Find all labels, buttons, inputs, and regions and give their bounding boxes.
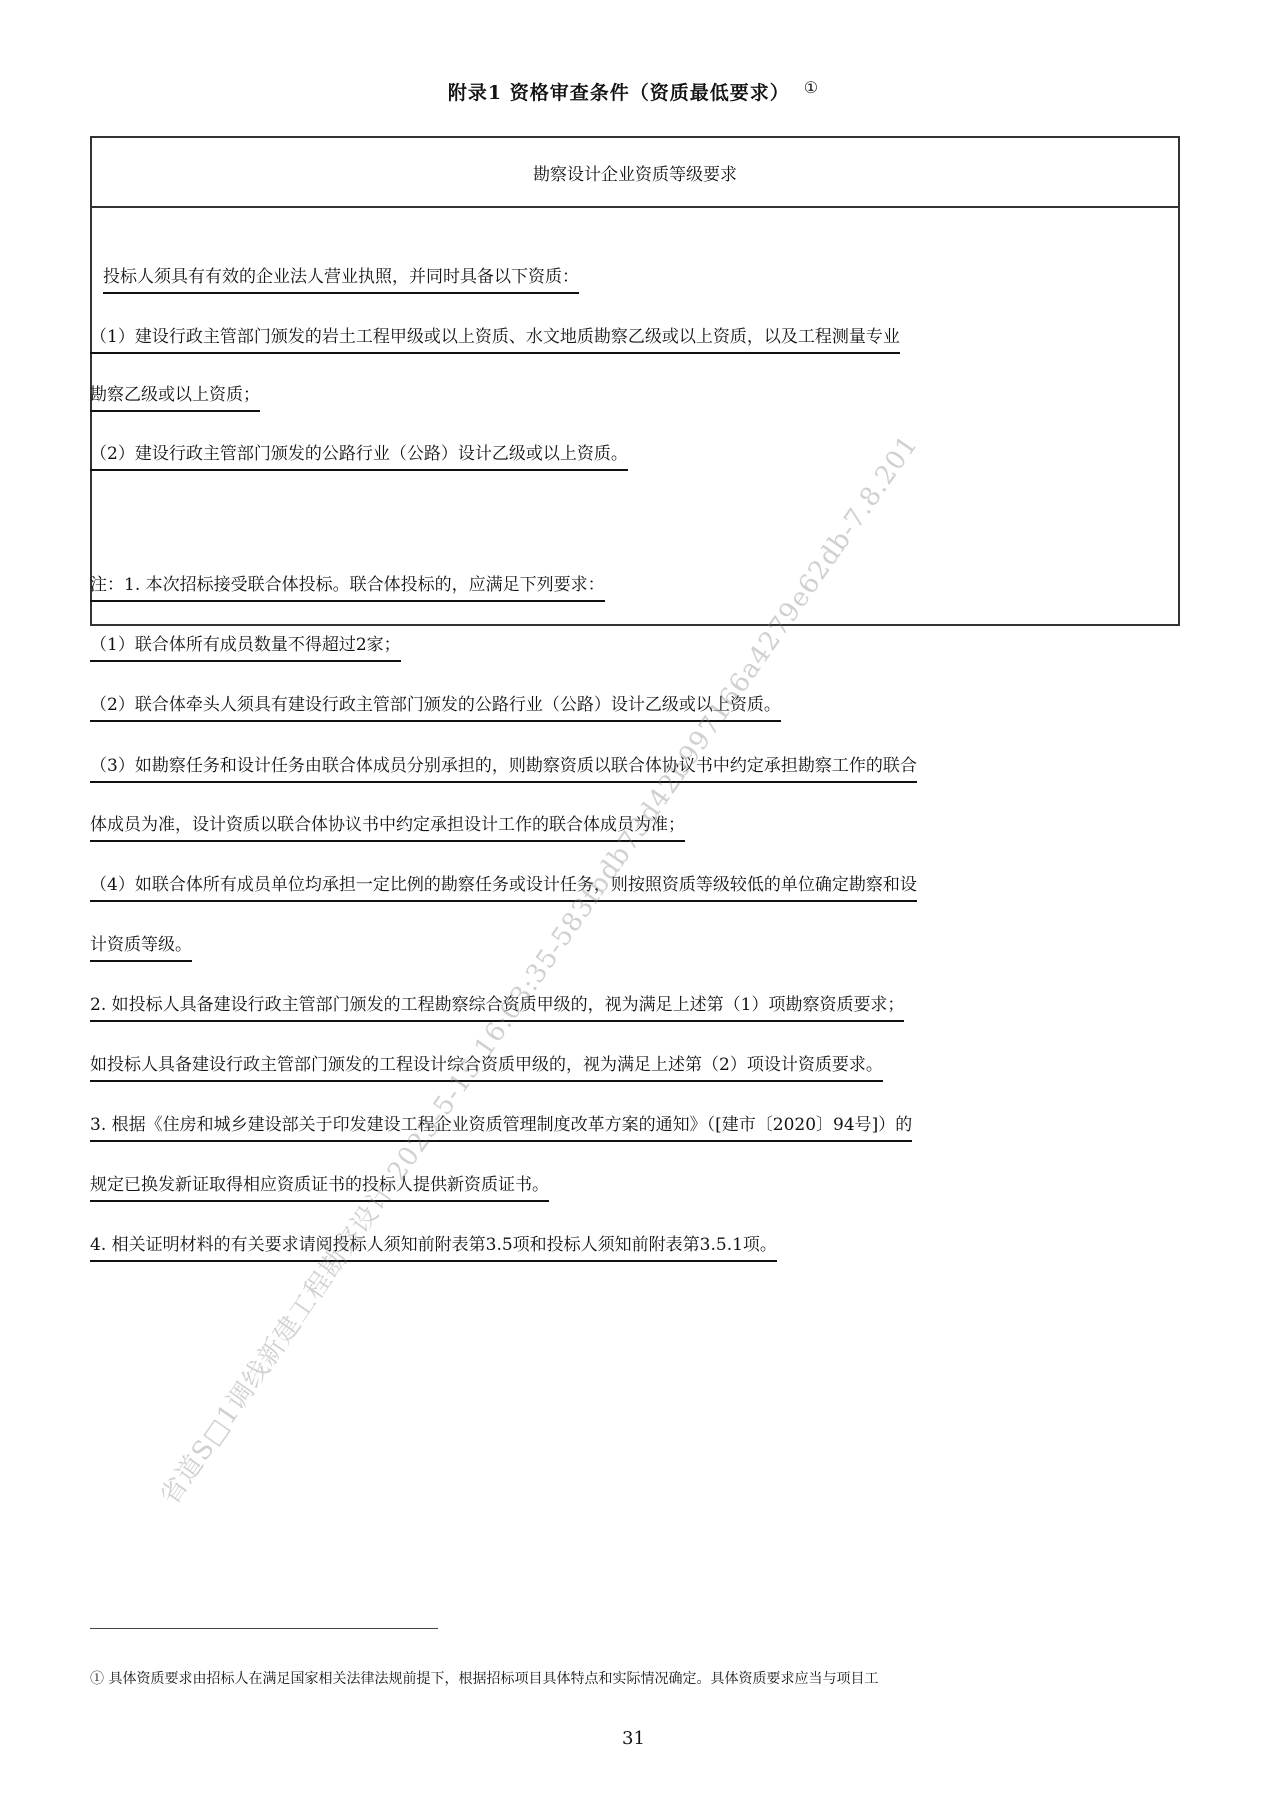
note-line: （3）如勘察任务和设计任务由联合体成员分别承担的，则勘察资质以联合体协议书中约定… [90,755,917,783]
page-number: 31 [0,1728,1267,1749]
title-text: 附录1 资格审查条件（资质最低要求） [448,82,790,104]
note-line: 体成员为准，设计资质以联合体协议书中约定承担设计工作的联合体成员为准； [90,814,685,842]
note-line: 4. 相关证明材料的有关要求请阅投标人须知前附表第3.5项和投标人须知前附表第3… [90,1234,777,1262]
footnote-marker: ① [804,78,819,97]
table-line: （1）建设行政主管部门颁发的岩土工程甲级或以上资质、水文地质勘察乙级或以上资质，… [90,326,900,354]
note-line: （1）联合体所有成员数量不得超过2家； [90,634,401,662]
note-line: 如投标人具备建设行政主管部门颁发的工程设计综合资质甲级的，视为满足上述第（2）项… [90,1054,883,1082]
note-line: 规定已换发新证取得相应资质证书的投标人提供新资质证书。 [90,1174,549,1202]
table-line: （2）建设行政主管部门颁发的公路行业（公路）设计乙级或以上资质。 [90,443,628,471]
table-header: 勘察设计企业资质等级要求 [92,138,1178,208]
note-line: （2）联合体牵头人须具有建设行政主管部门颁发的公路行业（公路）设计乙级或以上资质… [90,694,781,722]
note-line: 注：1. 本次招标接受联合体投标。联合体投标的，应满足下列要求： [90,574,605,602]
table-line: 投标人须具有有效的企业法人营业执照，并同时具备以下资质： [103,266,579,294]
note-line: 计资质等级。 [90,934,192,962]
page-title: 附录1 资格审查条件（资质最低要求）① [0,78,1267,105]
table-line: 勘察乙级或以上资质； [90,384,260,412]
note-line: 2. 如投标人具备建设行政主管部门颁发的工程勘察综合资质甲级的，视为满足上述第（… [90,994,904,1022]
footnote: ① 具体资质要求由招标人在满足国家相关法律法规前提下，根据招标项目具体特点和实际… [90,1668,878,1688]
note-line: （4）如联合体所有成员单位均承担一定比例的勘察任务或设计任务，则按照资质等级较低… [90,874,917,902]
note-line: 3. 根据《住房和城乡建设部关于印发建设工程企业资质管理制度改革方案的通知》（[… [90,1114,912,1142]
footnote-separator [90,1628,438,1629]
requirements-table: 勘察设计企业资质等级要求 [90,136,1180,626]
